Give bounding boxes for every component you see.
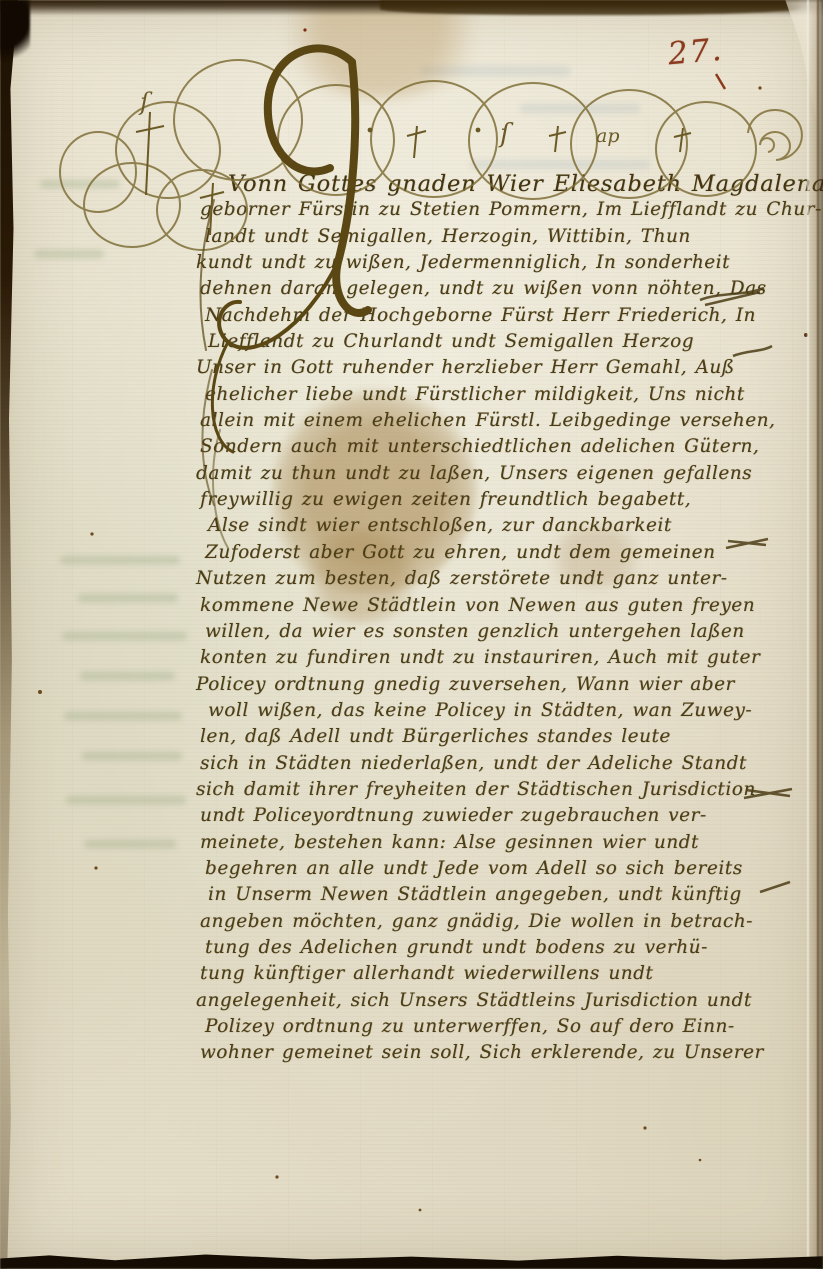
manuscript-line: allein mit einem ehelichen Fürstl. Leibg… xyxy=(200,408,800,434)
manuscript-line: ehelicher liebe undt Fürstlicher mildigk… xyxy=(205,382,800,408)
manuscript-line: geborner Fürstin zu Stetien Pommern, Im … xyxy=(200,197,800,223)
manuscript-line: kommene Newe Städtlein von Newen aus gut… xyxy=(200,593,800,619)
manuscript-line: sich damit ihrer freyheiten der Städtisc… xyxy=(196,777,800,803)
manuscript-scan: Vonn Gottes gnaden Wier Eliesabeth Magda… xyxy=(0,0,823,1269)
manuscript-line: freywillig zu ewigen zeiten freundtlich … xyxy=(200,487,800,513)
manuscript-line: tung künftiger allerhandt wiederwillens … xyxy=(200,961,800,987)
manuscript-line: begehren an alle undt Jede vom Adell so … xyxy=(205,856,800,882)
manuscript-line: Polizey ordtnung zu unterwerffen, So auf… xyxy=(205,1014,800,1040)
manuscript-line: angelegenheit, sich Unsers Städtleins Ju… xyxy=(196,988,800,1014)
manuscript-line: Nachdehm der Hochgeborne Fürst Herr Frie… xyxy=(205,303,800,329)
manuscript-line: Vonn Gottes gnaden Wier Eliesabeth Magda… xyxy=(200,171,800,197)
manuscript-line: landt undt Semigallen, Herzogin, Wittibi… xyxy=(205,224,800,250)
manuscript-line: tung des Adelichen grundt undt bodens zu… xyxy=(205,935,800,961)
manuscript-line: Nutzen zum besten, daß zerstörete undt g… xyxy=(196,566,800,592)
manuscript-line: Sondern auch mit unterschiedtlichen adel… xyxy=(200,434,800,460)
manuscript-line: dehnen daran gelegen, undt zu wißen vonn… xyxy=(200,276,800,302)
manuscript-line: Alse sindt wier entschloßen, zur danckba… xyxy=(208,513,800,539)
manuscript-text-block: Vonn Gottes gnaden Wier Eliesabeth Magda… xyxy=(200,171,800,1067)
manuscript-line: Unser in Gott ruhender herzlieber Herr G… xyxy=(196,355,800,381)
manuscript-line: konten zu fundiren undt zu instauriren, … xyxy=(200,645,800,671)
manuscript-line: angeben möchten, ganz gnädig, Die wollen… xyxy=(200,909,800,935)
page-number: 27. xyxy=(667,32,725,73)
manuscript-line: wohner gemeinet sein soll, Sich erkleren… xyxy=(200,1040,800,1066)
manuscript-line: Zufoderst aber Gott zu ehren, undt dem g… xyxy=(205,540,800,566)
manuscript-line: len, daß Adell undt Bürgerliches standes… xyxy=(200,724,800,750)
manuscript-line: Liefflandt zu Churlandt undt Semigallen … xyxy=(208,329,800,355)
manuscript-line: kundt undt zu wißen, Jedermenniglich, In… xyxy=(196,250,800,276)
manuscript-line: willen, da wier es sonsten genzlich unte… xyxy=(205,619,800,645)
manuscript-line: meinete, bestehen kann: Alse gesinnen wi… xyxy=(200,830,800,856)
manuscript-line: Policey ordtnung gnedig zuversehen, Wann… xyxy=(196,672,800,698)
manuscript-line: damit zu thun undt zu laßen, Unsers eige… xyxy=(196,461,800,487)
manuscript-line: undt Policeyordtnung zuwieder zugebrauch… xyxy=(200,803,800,829)
manuscript-line: sich in Städten niederlaßen, undt der Ad… xyxy=(200,751,800,777)
manuscript-line: in Unserm Newen Städtlein angegeben, und… xyxy=(208,882,800,908)
manuscript-line: woll wißen, das keine Policey in Städten… xyxy=(208,698,800,724)
